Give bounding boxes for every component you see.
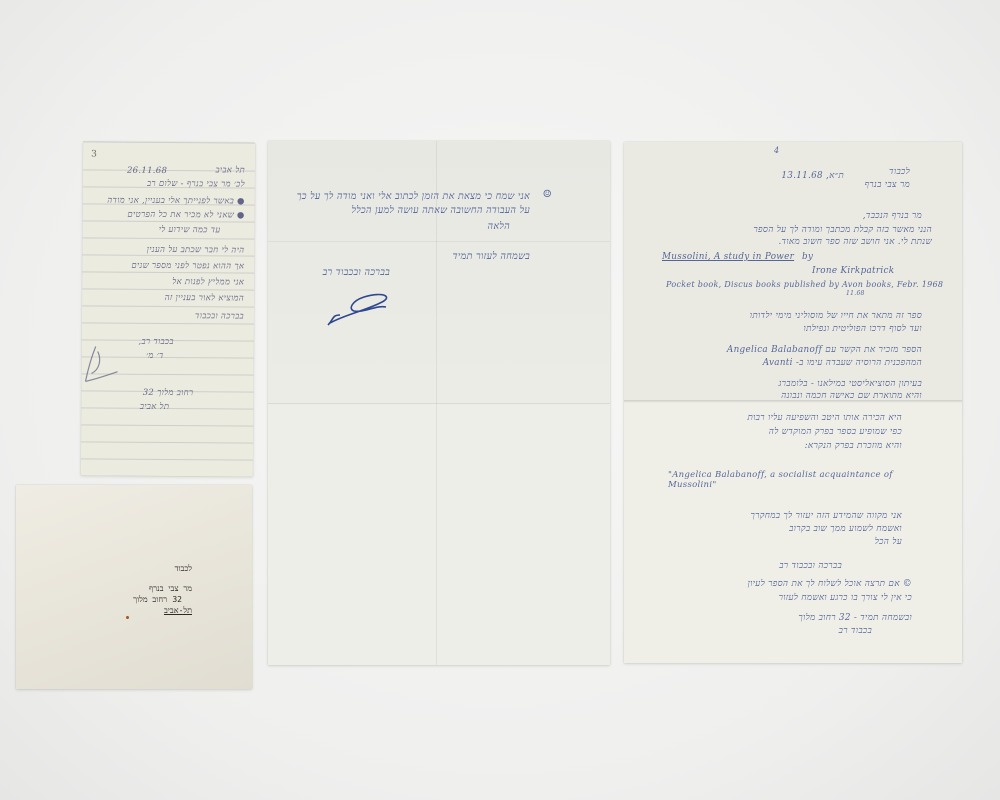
letter-closing: בברכה ובכבוד רב [779,560,842,571]
envelope-recipient: מר צבי בנרף [149,584,192,593]
top-mark: 4 [774,146,779,155]
note-address-line: רחוב מלוך 32 [143,387,194,398]
letter-line: הנני מאשר בזה קבלת מכתבך ומודה לך על הספ… [753,224,932,235]
note-line: ● שאני לא מכיר את כל הפרטים [127,209,244,221]
signature-mark [83,341,123,391]
note-line: בברכה ובכבוד [195,310,244,321]
note-line: ● באשר לפנייתך אלי בעניין, אני מודה [107,195,245,207]
book-publisher: Pocket book, Discus books published by A… [666,280,943,289]
right-letter: 4 לכבוד מר צבי בנרף ת״א, 13.11.68 מר בנר… [624,142,962,663]
letter-line: ועד לסוף דרכו הפוליטית ונפילתו [804,323,922,334]
letter-line: ספר זה מתאר את חייו של מוסוליני מימי ילד… [750,310,922,321]
note-line: המוציא לאור בעניין זה [165,292,245,304]
note-address-line: תל אביב [140,401,170,412]
quoted-chapter: "Angelica Balabanoff, a socialist acquai… [668,470,918,490]
greeting: מר בנרף הנכבד, [863,210,922,221]
note-line: עד כמה שידוע לי [159,224,221,235]
letter-line: אני מקווה שהמידע הזה יעזור לך במחקרך [750,510,902,521]
envelope-street: רחוב מלוך [133,595,167,604]
note-line: בכבוד רב, [138,336,173,347]
envelope: לכבוד מר צבי בנרף רחוב מלוך 32 תל-אביב [16,485,252,689]
letter-line: ואשמח לשמוע ממך שוב בקרוב [789,523,902,534]
book-title: Mussolini, A study in Power [662,252,794,262]
note-body: תל אביב לכ׳ מר צבי בנרף - שלום רב ● באשר… [95,163,245,164]
upper-fold [268,141,610,403]
book-author: Irone Kirkpatrick [812,266,894,276]
page-number: 3 [91,149,97,159]
letter-regards: בברכה ובכבוד רב [323,267,390,278]
note-line: תל אביב [215,164,245,175]
middle-letter: ☺ אני שמח כי מצאת את הזמן לכתוב אלי ואני… [268,141,610,665]
envelope-city: תל-אביב [164,606,192,615]
header-right: מר צבי בנרף [864,179,910,190]
letter-line: על העבודה החשובה שאתה עושה למען הכלל [351,205,530,216]
fold-crease [268,241,610,242]
lined-note-letter: 3 26.11.68 תל אביב לכ׳ מר צבי בנרף - שלו… [81,141,255,476]
letter-line: אני שמח כי מצאת את הזמן לכתוב אלי ואני מ… [297,191,530,202]
letter-line: הספר מזכיר את הקשר עם Angelica Balabanof… [727,344,922,355]
note-line: אך ההוא נפטר לפני מספר שנים [131,260,244,272]
note-line: היה לי חבר שכתב על הענין [147,244,245,256]
note-line: ד׳ מ׳ [146,350,164,361]
fold-crease [268,403,610,404]
postscript-line: © אם תרצה אוכל לשלוח לך את הספר לעיון [748,578,912,589]
letter-date: ת״א, 13.11.68 [781,170,844,181]
book-price: 11.68 [846,290,865,297]
letter-line: על הכל [875,536,902,547]
letter-line: והיא מוזכרת בפרק הנקרא: [805,440,902,451]
note-date: 26.11.68 [127,166,167,176]
postscript-line: בכבוד רב [839,625,872,636]
postscript-line: כי אין לי צורך בו כרגע ואשמח לעזור [779,592,912,603]
signature [324,289,396,329]
letter-line: שנתת לי. אני חושב שזה ספר חשוב מאוד. [778,236,932,247]
fold-crease [436,141,437,665]
book-by: by [802,252,813,262]
note-line: לכ׳ מר צבי בנרף - שלום רב [147,178,245,190]
envelope-salutation: לכבוד [175,564,192,573]
stain-dot [126,616,129,619]
postscript-line: ובשמחה תמיד - 32 רחוב מלוך [798,612,912,623]
letter-line: בעיתון הסוציאליסטי במילאנו - בלומברג [778,378,922,389]
letter-line: הלאה [488,221,510,232]
letter-closing: בשמחה לעזור תמיד [453,251,530,262]
letter-line: והיא מתוארת שם כאישה חכמה ונבונה [781,390,922,401]
letter-line: כפי שמופיע בספר בפרק המוקדש לה [769,426,902,437]
letter-line: היא הכירה אותו היטב והשפיעה עליו רבות [747,412,902,423]
letter-line: המהפכנית הרוסיה שעבדה עימו ב- Avanti [763,357,922,368]
envelope-number: 32 [172,595,182,604]
header-right: לכבוד [889,166,910,177]
note-line: אני ממליץ לפנות אל [172,276,244,288]
bullet-mark: ☺ [543,189,552,200]
